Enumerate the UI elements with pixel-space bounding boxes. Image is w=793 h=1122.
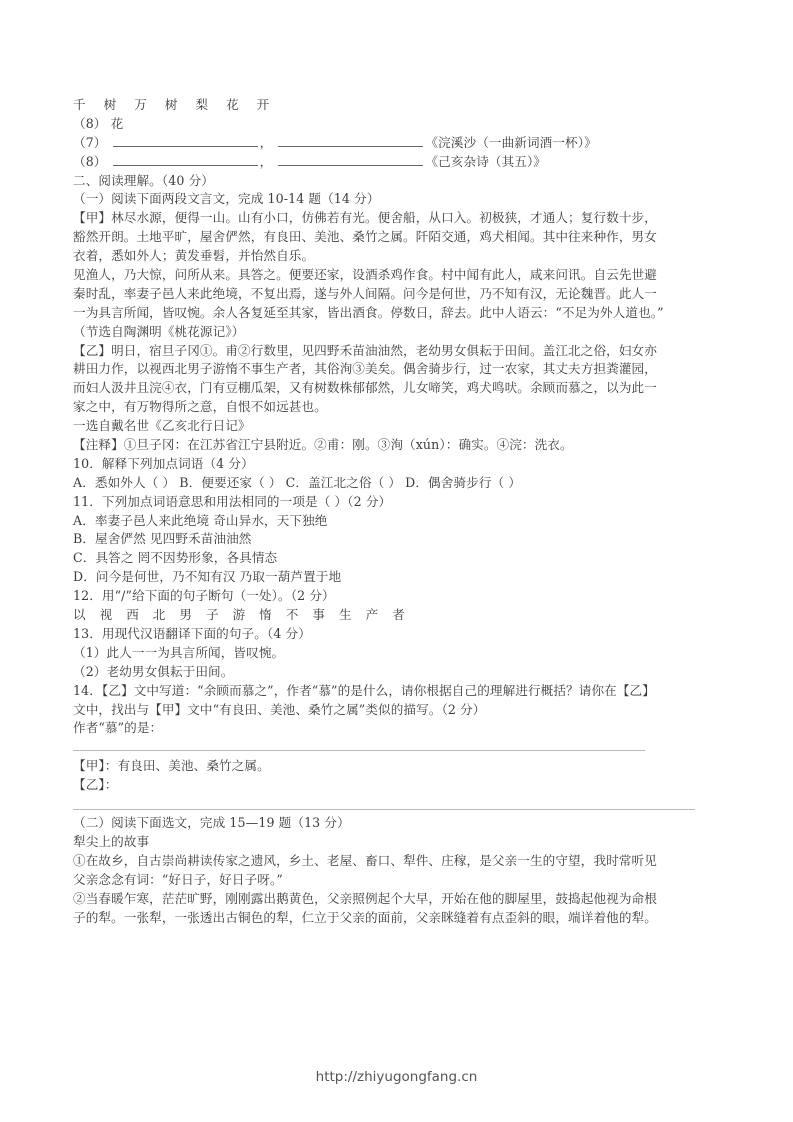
question-10-options: A．悉如外人（ ） B．便要还家（ ） C．盖江北之俗（ ） D．偶舍骑步行（ … [73,474,733,493]
answer-blank[interactable] [278,134,423,147]
passage-line: 秦时乱，率妻子邑人来此绝境，不复出焉，遂与外人间隔。问今是何世，乃不知有汉，无论… [73,285,733,304]
blank-source: 《己亥杂诗（其五）》 [425,154,546,169]
question-14-stem-line1: 14．【乙】文中写道：“余顾而慕之”，作者“慕”的是什么，请你根据自己的理解进行… [73,682,733,701]
story-line: ②当春暖乍寒，茫茫旷野，刚刚露出鹅黄色，父亲照例起个大早，开始在他的脚屋里，鼓捣… [73,890,733,909]
question-11-stem: 11．下列加点词语意思和用法相同的一项是（ ）（2 分） [73,493,733,512]
passage-yi: 【乙】明日，宿旦子冈①。甫②行数里，见四野禾苗油油然，老幼男女俱耘于田间。盖江北… [73,342,733,436]
question-13-item-1: （1）此人一一为具言所闻，皆叹惋。 [73,644,733,663]
poem-line: 千 树 万 树 梨 花 开 [73,96,733,115]
blank-separator: ， [260,154,273,169]
footer-url[interactable]: http://zhiyugongfang.cn [0,1069,793,1085]
question-14-prompt: 作者“慕”的是： [73,719,733,738]
passage-line: 一为具言所闻，皆叹惋。余人各复延至其家，皆出酒食。停数日，辞去。此中人语云：“不… [73,304,733,323]
answer-blank[interactable] [113,153,258,166]
story-line: ①在故乡，自古崇尚耕读传家之遗风，乡土、老屋、畜口、犁件、庄稼，是父亲一生的守望… [73,852,733,871]
passage-line: 【甲】林尽水源，便得一山。山有小口，仿佛若有光。便舍船，从口入。初极狭，才通人；… [73,209,733,228]
question-11-option-a: A．率妻子邑人来此绝境 奇山异水，天下独绝 [73,512,733,531]
question-13-stem: 13．用现代汉语翻译下面的句子。（4 分） [73,625,733,644]
blank-separator: ， [260,135,273,150]
annotations: 【注释】①旦子冈：在江苏省江宁县附近。②甫：刚。③洵（xún）：确实。④浣：洗衣… [73,436,733,455]
passage-source: （节选自陶渊明《桃花源记》） [73,323,733,342]
question-13-item-2: （2）老幼男女俱耘于田间。 [73,663,733,682]
poem-fragment-label: （8） 花 [73,115,733,134]
question-14-stem-line2: 文中，找出与【甲】文中“有良田、美池、桑竹之属”类似的描写。（2 分） [73,701,733,720]
fill-blank-8: （8） ， 《己亥杂诗（其五）》 [73,153,733,172]
section-title: 二、阅读理解。（40 分） [73,172,733,191]
question-14-jia-answer: 【甲】：有良田、美池、桑竹之属。 [73,757,733,776]
passage-line: 衣着，悉如外人；黄发垂髫，并怡然自乐。 [73,247,733,266]
blank-number: （7） [73,135,107,150]
part1-heading: （一）阅读下面两段文言文，完成 10-14 题（14 分） [73,190,733,209]
question-14-yi-answer: 【乙】： [73,776,733,795]
blank-number: （8） [73,154,107,169]
question-12-sentence: 以 视 西 北 男 子 游 惰 不 事 生 产 者 [73,606,733,625]
question-10-stem: 10．解释下列加点词语（4 分） [73,455,733,474]
answer-line[interactable] [73,809,695,810]
passage-source: 一选自戴名世《乙亥北行日记》 [73,417,733,436]
blank-source: 《浣溪沙（一曲新词酒一杯）》 [425,135,596,150]
passage-jia: 【甲】林尽水源，便得一山。山有小口，仿佛若有光。便舍船，从口入。初极狭，才通人；… [73,209,733,341]
answer-blank[interactable] [278,153,423,166]
fill-blank-7: （7） ， 《浣溪沙（一曲新词酒一杯）》 [73,134,733,153]
story-title: 犁尖上的故事 [73,833,733,852]
passage-line: 见渔人，乃大惊，问所从来。具答之。便要还家，设酒杀鸡作食。村中闻有此人，咸来问讯… [73,266,733,285]
passage-line: 耕田力作，以视西北男子游惰不事生产者，其俗洵③美矣。偶舍骑步行，过一农家，其丈夫… [73,360,733,379]
question-11-option-b: B．屋舍俨然 见四野禾苗油油然 [73,530,733,549]
question-12-stem: 12．用“/”给下面的句子断句（一处）。（2 分） [73,587,733,606]
answer-line[interactable] [73,750,645,751]
story-line: 子的犁。一张犁，一张透出古铜色的犁，仁立于父亲的面前，父亲眯缝着有点歪斜的眼，端… [73,909,733,928]
answer-blank[interactable] [113,134,258,147]
story-line: 父亲念念有词：“好日子，好日子呀。” [73,871,733,890]
passage-line: 豁然开朗。土地平旷，屋舍俨然，有良田、美池、桑竹之属。阡陌交通，鸡犬相闻。其中往… [73,228,733,247]
passage-line: 家之中，有万物得所之意，自恨不如远甚也。 [73,398,733,417]
document-page: 千 树 万 树 梨 花 开 （8） 花 （7） ， 《浣溪沙（一曲新词酒一杯）》… [73,96,733,927]
question-11-option-c: C．具答之 罔不因势形象，各具情态 [73,549,733,568]
part2-heading: （二）阅读下面选文，完成 15—19 题（13 分） [73,814,733,833]
passage-line: 【乙】明日，宿旦子冈①。甫②行数里，见四野禾苗油油然，老幼男女俱耘于田间。盖江北… [73,342,733,361]
question-11-option-d: D．问今是何世，乃不知有汉 乃取一葫芦置于地 [73,568,733,587]
passage-line: 而妇人汲井且浣④衣，门有豆棚瓜架，又有树数株郁郁然，儿女啼笑，鸡犬鸣吠。余顾而慕… [73,379,733,398]
